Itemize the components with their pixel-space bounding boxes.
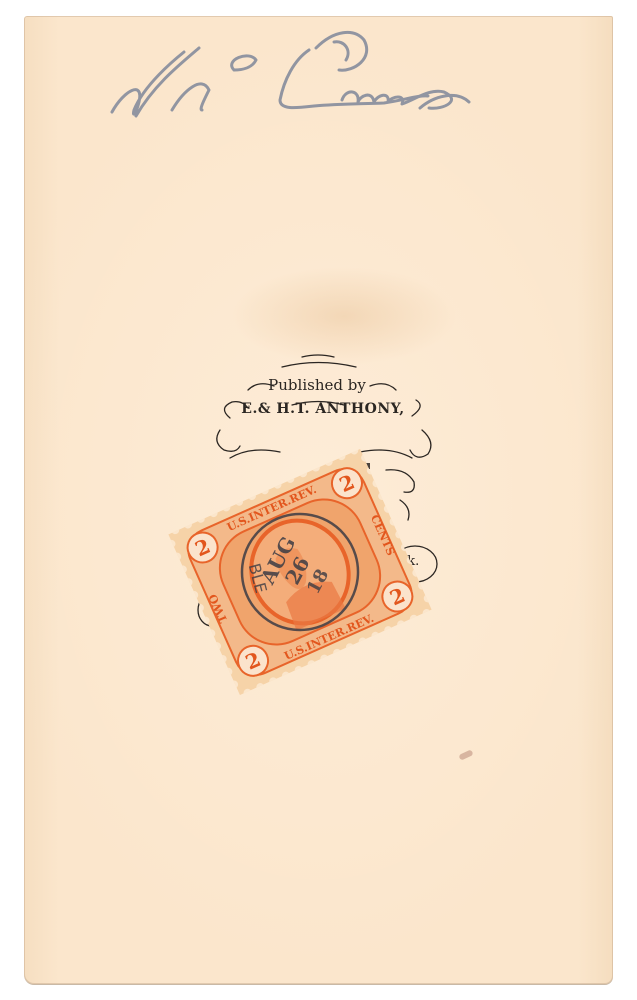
imprint-published-by: Published by [187, 376, 447, 394]
postmark-circle: AUG 26 18 BLE [220, 492, 380, 652]
paper-speck [458, 749, 473, 760]
imprint-firm-name: E.& H.T. ANTHONY, [193, 401, 453, 417]
pencil-signature [84, 30, 504, 140]
